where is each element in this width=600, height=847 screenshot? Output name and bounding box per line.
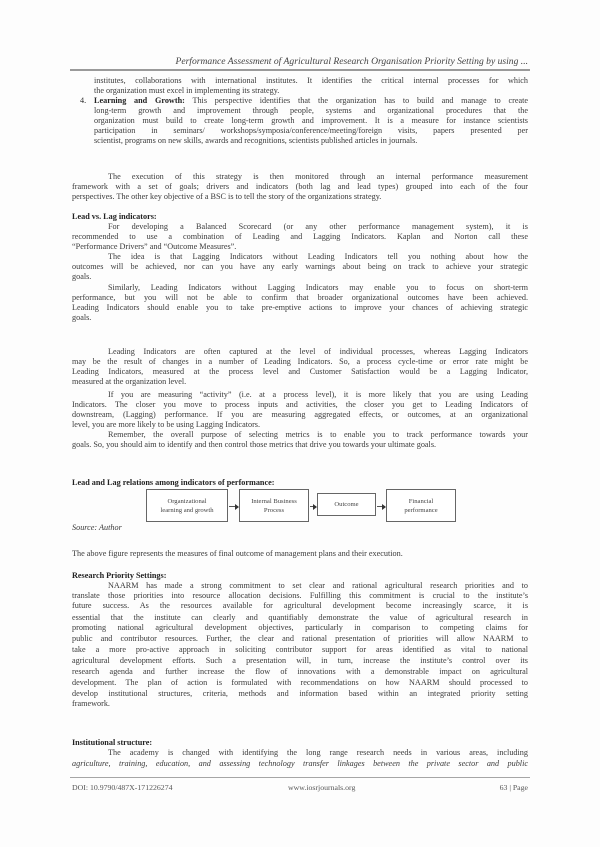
text-line: The idea is that Lagging Indicators with… (108, 252, 528, 262)
text-line: take a more pro-active approach in solic… (72, 645, 528, 655)
text-line: goals. So, you should aim to identify an… (72, 440, 528, 450)
text-line: Remember, the overall purpose of selecti… (108, 430, 528, 440)
figure-heading: Lead and Lag relations among indicators … (72, 478, 528, 488)
text-line: The academy is changed with identifying … (108, 748, 528, 758)
text-line: future success. As the resources availab… (72, 601, 528, 611)
figure-source: Source: Author (72, 523, 528, 533)
text-line: organization must build to create long-t… (94, 116, 528, 126)
text-line: long-term growth and improvement through… (94, 106, 528, 116)
text-line: goals. (72, 313, 528, 323)
diagram-box-outcome: Outcome (317, 493, 376, 516)
text-line: measured at the organization level. (72, 377, 528, 387)
text-line: scientist, programs on new skills, award… (94, 136, 528, 146)
text-line: If you are measuring “activity” (i.e. at… (108, 390, 528, 400)
text-line: Leading Indicators should enable you to … (72, 303, 528, 313)
text-line: perspectives. The other key objective of… (72, 192, 528, 202)
text-line: performance, but you will not be able to… (72, 293, 528, 303)
text-line: public and contributor resources. Furthe… (72, 634, 528, 644)
text-line: the organization must excel in implement… (94, 86, 528, 96)
text-line: Similarly, Leading Indicators without La… (108, 283, 528, 293)
list-item-4-line: Learning and Growth: This perspective id… (94, 96, 528, 106)
list-number: 4. (80, 96, 86, 106)
text-line: For developing a Balanced Scorecard (or … (108, 222, 528, 232)
document-page: Performance Assessment of Agricultural R… (0, 0, 600, 847)
text-line: Leading Indicators are often captured at… (108, 347, 528, 357)
header-rule (70, 69, 530, 71)
text-line: framework with a set of goals; drivers a… (72, 182, 528, 192)
diagram-box-financial: Financialperformance (386, 489, 456, 522)
text-line: promoting national agricultural developm… (72, 623, 528, 633)
figure-caption: The above figure represents the measures… (72, 549, 528, 559)
text-line: NAARM has made a strong commitment to se… (108, 581, 528, 591)
footer-rule (70, 777, 530, 778)
arrow-icon (310, 506, 316, 507)
text-line: participation in seminars/ workshops/sym… (94, 126, 528, 136)
text-line: translate those priorities into resource… (72, 591, 528, 601)
diagram-box-internal-process: Internal BusinessProcess (239, 489, 309, 522)
text-line: Indicators. The closer you move to proce… (72, 400, 528, 410)
running-header-title: Performance Assessment of Agricultural R… (72, 56, 528, 67)
text-line: develop institutional structures, criter… (72, 689, 528, 699)
text-line: may be the result of changes in a number… (72, 357, 528, 367)
text-line: Leading Indicators, measured at the proc… (72, 367, 528, 377)
text-line: agriculture, training, education, and as… (72, 759, 528, 769)
arrow-icon (377, 506, 385, 507)
section-heading-lead-lag: Lead vs. Lag indicators: (72, 212, 528, 222)
footer-doi: DOI: 10.9790/487X-171226274 (72, 783, 173, 792)
section-heading-priority: Research Priority Settings: (72, 571, 528, 581)
list-item-term: Learning and Growth: (94, 96, 185, 105)
text-line: level, you are more likely to be using L… (72, 420, 528, 430)
text-line: institutes, collaborations with internat… (94, 76, 528, 86)
text-line: agricultural development efforts. Such a… (72, 656, 528, 666)
text-line: development. The plan of action is formu… (72, 678, 528, 688)
text-line: goals. (72, 272, 528, 282)
arrow-icon (229, 506, 238, 507)
diagram-box-learning-growth: Organizationallearning and growth (146, 489, 228, 522)
footer-page-number: 63 | Page (500, 783, 528, 792)
footer-website: www.iosrjournals.org (288, 783, 355, 792)
section-heading-institutional: Institutional structure: (72, 738, 528, 748)
text-line: framework. (72, 699, 528, 709)
text-line: essential that the institute can clearly… (72, 613, 528, 623)
text-line: “Performance Drivers” and “Outcome Measu… (72, 242, 528, 252)
text-line: recommended to use a combination of Lead… (72, 232, 528, 242)
text-line: outcomes will be achieved, nor can you h… (72, 262, 528, 272)
text-line: research agenda and further increase the… (72, 667, 528, 677)
text-line: downstream, (Lagging) performance. If yo… (72, 410, 528, 420)
text-line: The execution of this strategy is then m… (108, 172, 528, 182)
